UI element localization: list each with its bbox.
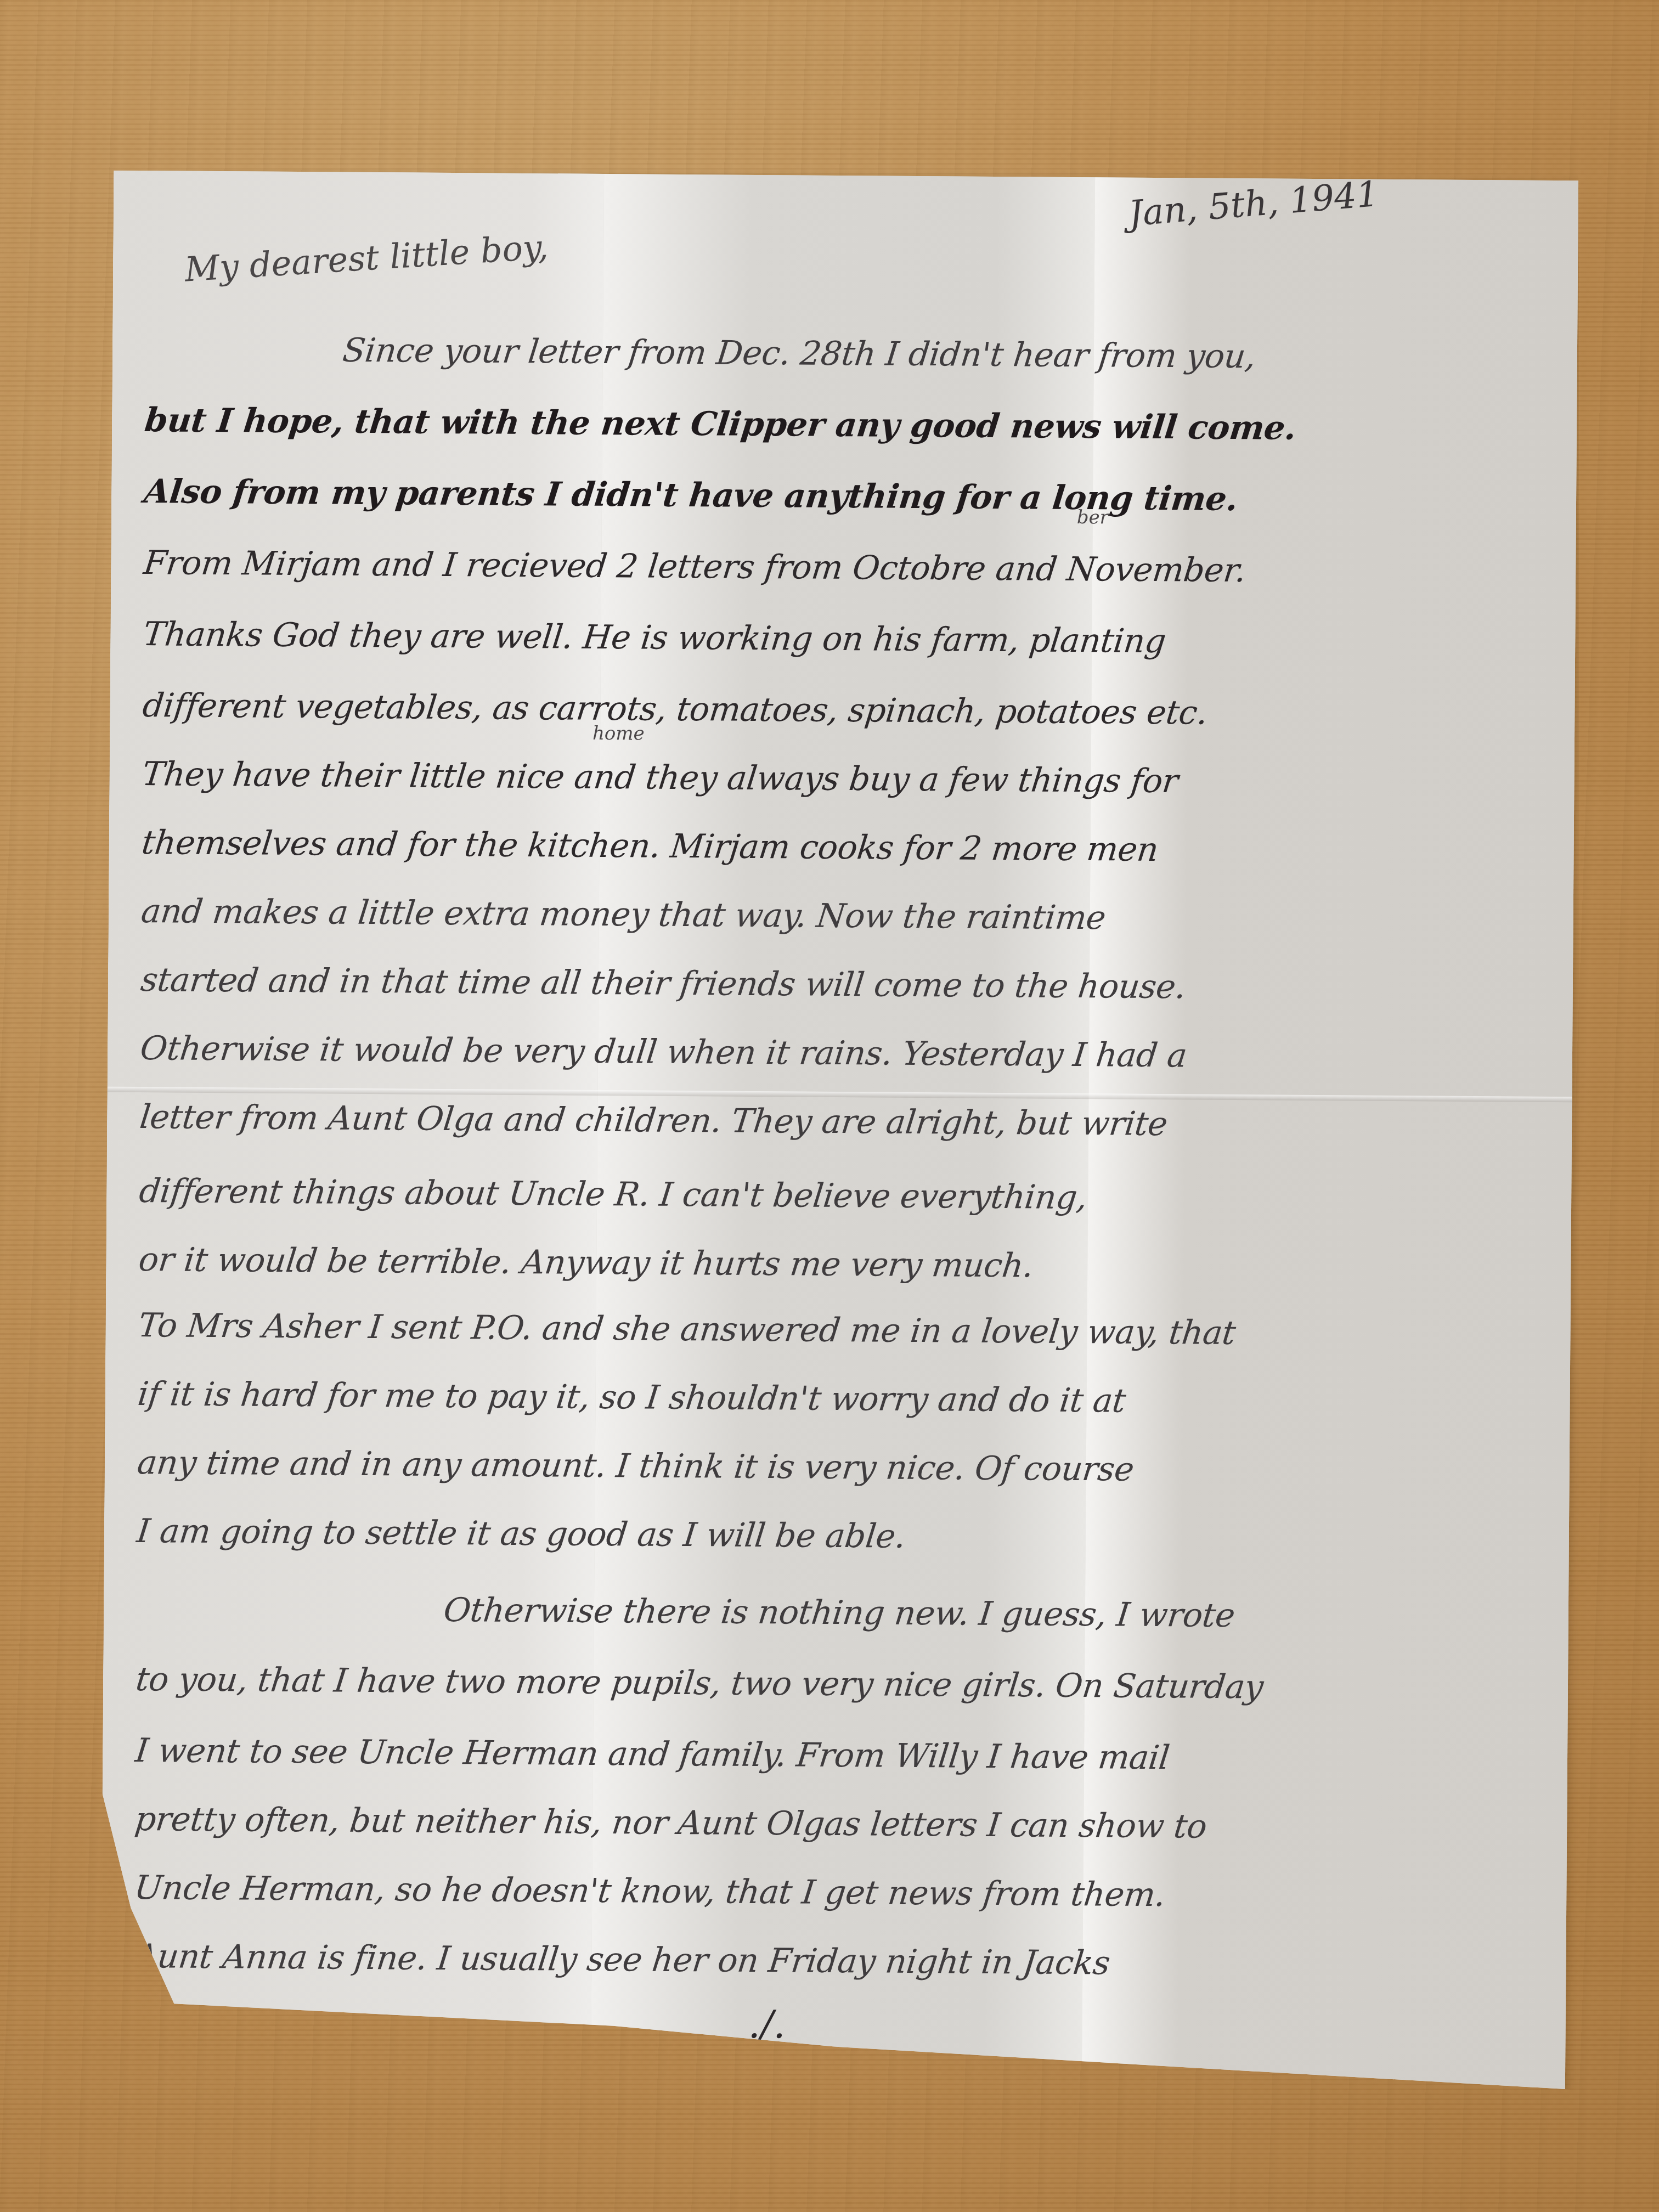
- letter-insertion: ber: [1077, 506, 1109, 528]
- letter-line: To Mrs Asher I sent P.O. and she answere…: [137, 1309, 1550, 1352]
- letter-line: They have their little nice and they alw…: [140, 758, 1554, 800]
- letter-line: Uncle Herman, so he doesn't know, that I…: [133, 1871, 1547, 1914]
- letter-salutation: My dearest little boy,: [183, 227, 549, 290]
- letter-line: themselves and for the kitchen. Mirjam c…: [140, 826, 1554, 869]
- letter-line: different things about Uncle R. I can't …: [138, 1175, 1551, 1217]
- letter-line: and makes a little extra money that way.…: [139, 895, 1553, 938]
- letter-line: but I hope, that with the next Clipper a…: [143, 404, 1557, 447]
- letter-insertion: home: [592, 723, 645, 745]
- continuation-mark: ./.: [748, 2002, 786, 2047]
- letter-line: to you, that I have two more pupils, two…: [134, 1663, 1548, 1706]
- letter-body: Jan, 5th, 1941 My dearest little boy, Si…: [100, 171, 1578, 2090]
- letter-line: pretty often, but neither his, nor Aunt …: [133, 1803, 1547, 1846]
- handwritten-letter: Jan, 5th, 1941 My dearest little boy, Si…: [100, 171, 1578, 2090]
- letter-line: Otherwise there is nothing new. I guess,…: [135, 1592, 1549, 1634]
- letter-line: Since your letter from Dec. 28th I didn'…: [144, 332, 1558, 375]
- letter-line: I am going to settle it as good as I wil…: [136, 1515, 1549, 1558]
- letter-date: Jan, 5th, 1941: [1127, 174, 1380, 234]
- letter-line: if it is hard for me to pay it, so I sho…: [136, 1378, 1550, 1420]
- letter-line: Thanks God they are well. He is working …: [142, 618, 1555, 661]
- letter-line: any time and in any amount. I think it i…: [136, 1446, 1549, 1489]
- letter-line: letter from Aunt Olga and children. They…: [138, 1101, 1552, 1143]
- letter-line: Otherwise it would be very dull when it …: [139, 1032, 1553, 1075]
- letter-line: Also from my parents I didn't have anyth…: [143, 475, 1556, 518]
- letter-line: Aunt Anna is fine. I usually see her on …: [132, 1940, 1546, 1983]
- letter-line: I went to see Uncle Herman and family. F…: [134, 1734, 1548, 1777]
- letter-line: or it would be terrible. Anyway it hurts…: [137, 1243, 1551, 1286]
- letter-line: different vegetables, as carrots, tomato…: [141, 689, 1555, 732]
- letter-line: started and in that time all their frien…: [139, 963, 1553, 1006]
- letter-line: From Mirjam and I recieved 2 letters fro…: [142, 546, 1556, 589]
